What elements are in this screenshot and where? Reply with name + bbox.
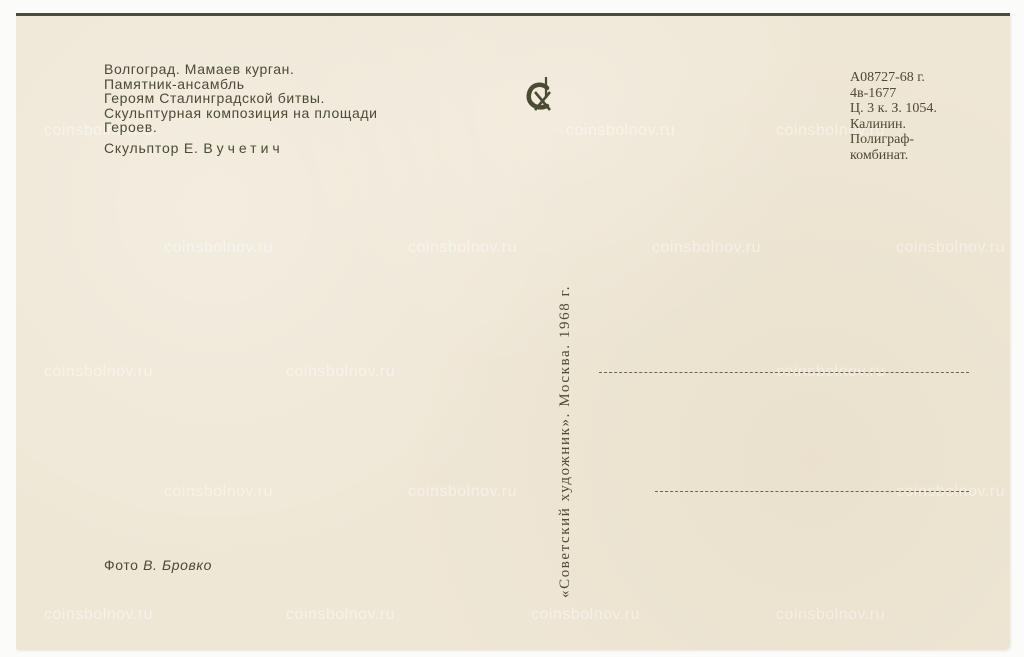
caption-line: Скульптурная композиция на площади xyxy=(104,106,378,121)
imprint-line: Калинин. xyxy=(850,117,937,133)
imprint-line: Ц. 3 к. З. 1054. xyxy=(850,101,937,117)
watermark: coinsbolnov.ru xyxy=(566,122,675,140)
imprint-line: Полиграф- xyxy=(850,132,937,148)
watermark: coinsbolnov.ru xyxy=(896,483,1005,501)
address-line xyxy=(655,491,969,492)
imprint-line: 4в-1677 xyxy=(850,86,937,102)
caption-block: Волгоград. Мамаев курган. Памятник-ансам… xyxy=(104,62,378,155)
publisher-imprint-vertical: «Советский художник». Москва. 1968 г. xyxy=(557,285,574,598)
watermark: coinsbolnov.ru xyxy=(286,606,395,624)
sculptor-credit: Скульптор Е. Вучетич xyxy=(104,141,378,156)
watermark: coinsbolnov.ru xyxy=(531,606,640,624)
watermark: coinsbolnov.ru xyxy=(44,363,153,381)
watermark: coinsbolnov.ru xyxy=(286,363,395,381)
imprint-line: А08727-68 г. xyxy=(850,70,937,86)
postcard-back: coinsbolnov.ru coinsbolnov.ru coinsbolno… xyxy=(16,13,1010,650)
caption-line: Волгоград. Мамаев курган. xyxy=(104,62,378,77)
photographer-name: В. Бровко xyxy=(143,557,212,573)
sx-monogram-icon xyxy=(523,74,557,114)
caption-line: Героев. xyxy=(104,120,378,135)
watermark: coinsbolnov.ru xyxy=(164,483,273,501)
watermark: coinsbolnov.ru xyxy=(408,239,517,257)
watermark: coinsbolnov.ru xyxy=(776,606,885,624)
sculptor-label: Скульптор Е. xyxy=(104,140,199,156)
watermark: coinsbolnov.ru xyxy=(164,239,273,257)
caption-line: Героям Сталинградской битвы. xyxy=(104,91,378,106)
imprint-line: комбинат. xyxy=(850,148,937,164)
watermark: coinsbolnov.ru xyxy=(44,606,153,624)
watermark: coinsbolnov.ru xyxy=(408,483,517,501)
caption-line: Памятник-ансамбль xyxy=(104,77,378,92)
watermark: coinsbolnov.ru xyxy=(896,239,1005,257)
watermark: coinsbolnov.ru xyxy=(652,239,761,257)
print-imprint: А08727-68 г. 4в-1677 Ц. 3 к. З. 1054. Ка… xyxy=(850,70,937,163)
photo-label: Фото xyxy=(104,557,139,573)
photo-credit: Фото В. Бровко xyxy=(104,557,212,573)
address-line xyxy=(599,372,969,373)
sculptor-name: Вучетич xyxy=(203,140,283,156)
